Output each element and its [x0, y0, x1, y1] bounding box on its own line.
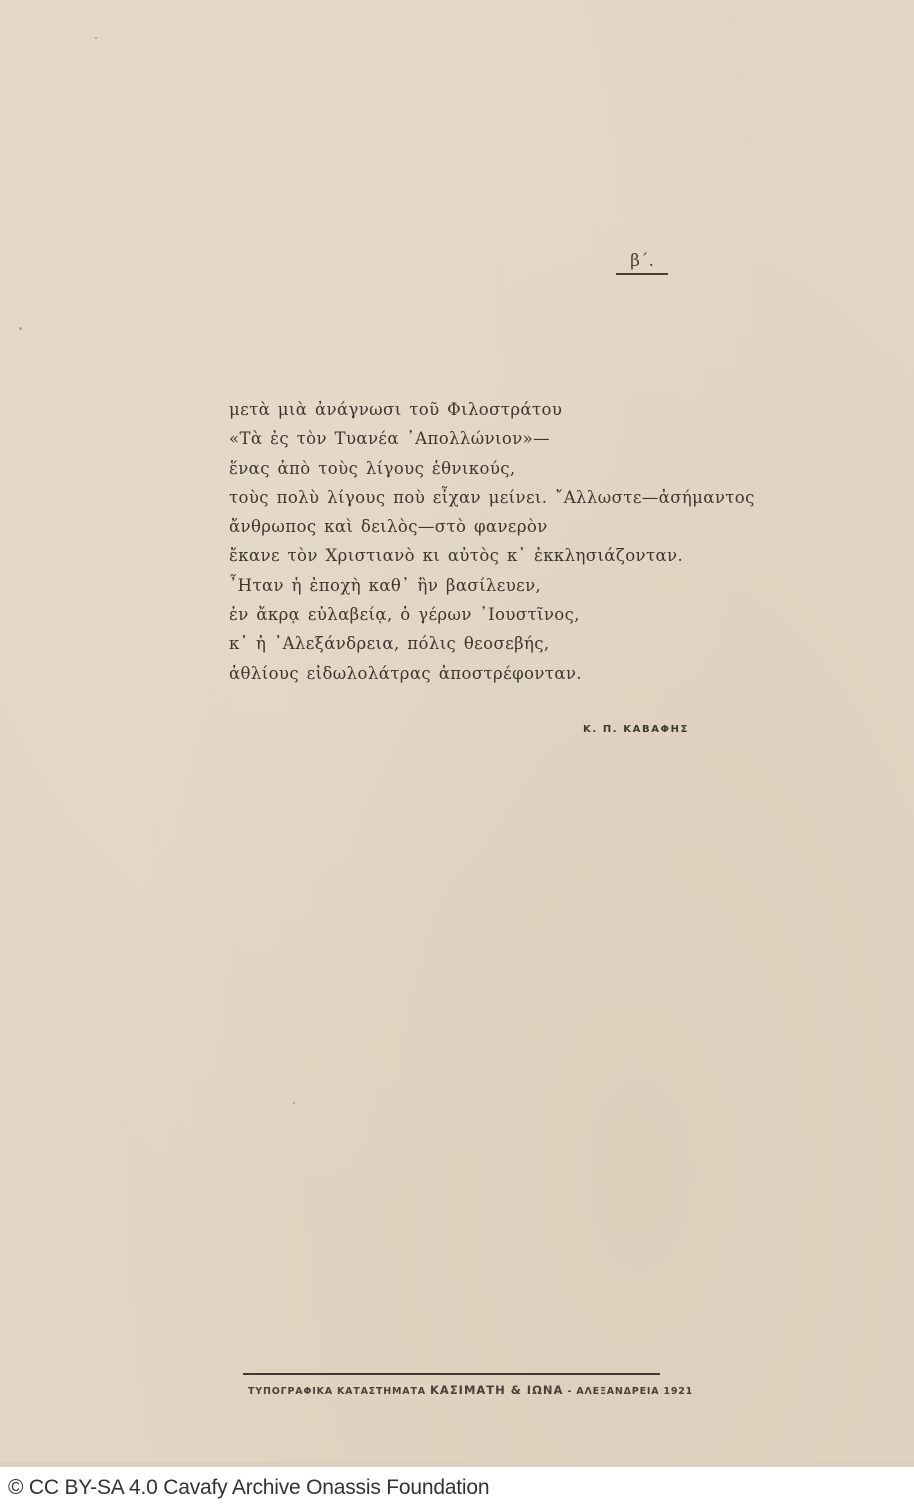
footer-rule	[243, 1373, 660, 1375]
poem-line: ἐν ἄκρᾳ εὐλαβείᾳ, ὁ γέρων ᾿Ιουστῖνος,	[229, 600, 755, 629]
paper-speck	[19, 327, 22, 330]
paper-page: β΄. μετὰ μιὰ ἀνάγνωσι τοῦ Φιλοστράτου «Τ…	[0, 0, 914, 1467]
poem-line: ἀθλίους εἰδωλολάτρας ἀποστρέφονταν.	[229, 659, 755, 688]
paper-speck	[95, 37, 97, 39]
poem-text: μετὰ μιὰ ἀνάγνωσι τοῦ Φιλοστράτου «Τὰ ἐς…	[229, 395, 755, 688]
printer-place-year: - ΑΛΕΞΑΝΔΡΕΙΑ 1921	[568, 1386, 694, 1397]
poem-line: κ᾿ ἡ ᾿Αλεξάνδρεια, πόλις θεοσεβής,	[229, 629, 755, 658]
paper-speck	[293, 1102, 295, 1104]
poem-line: μετὰ μιὰ ἀνάγνωσι τοῦ Φιλοστράτου	[229, 395, 755, 424]
poem-line: ἄνθρωπος καὶ δειλὸς—στὸ φανερὸν	[229, 512, 755, 541]
printer-label: ΤΥΠΟΓΡΑΦΙΚΑ ΚΑΤΑΣΤΗΜΑΤΑ	[248, 1386, 426, 1397]
poem-line: ἔκανε τὸν Χριστιανὸ κι αὐτὸς κ᾿ ἐκκλησιά…	[229, 541, 755, 570]
printer-name: ΚΑΣΙΜΑΤΗ & ΙΩΝΑ	[430, 1383, 563, 1397]
poem-line: ἕνας ἀπὸ τοὺς λίγους ἐθνικούς,	[229, 454, 755, 483]
printer-imprint: ΤΥΠΟΓΡΑΦΙΚΑ ΚΑΤΑΣΤΗΜΑΤΑ ΚΑΣΙΜΑΤΗ & ΙΩΝΑ …	[248, 1383, 693, 1397]
poem-line: «Τὰ ἐς τὸν Τυανέα ᾿Απολλώνιον»—	[229, 424, 755, 453]
copyright-credit: © CC BY-SA 4.0 Cavafy Archive Onassis Fo…	[8, 1476, 489, 1500]
page-number-underline	[616, 273, 668, 275]
poem-line: τοὺς πολὺ λίγους ποὺ εἶχαν μείνει. ῎Αλλω…	[229, 483, 755, 512]
page-number: β΄.	[616, 250, 668, 272]
paper-bottom-edge	[0, 1462, 914, 1467]
author-signature: Κ. Π. ΚΑΒΑΦΗΣ	[583, 724, 689, 735]
poem-line: ῏Ηταν ἡ ἐποχὴ καθ᾿ ἣν βασίλευεν,	[229, 571, 755, 600]
